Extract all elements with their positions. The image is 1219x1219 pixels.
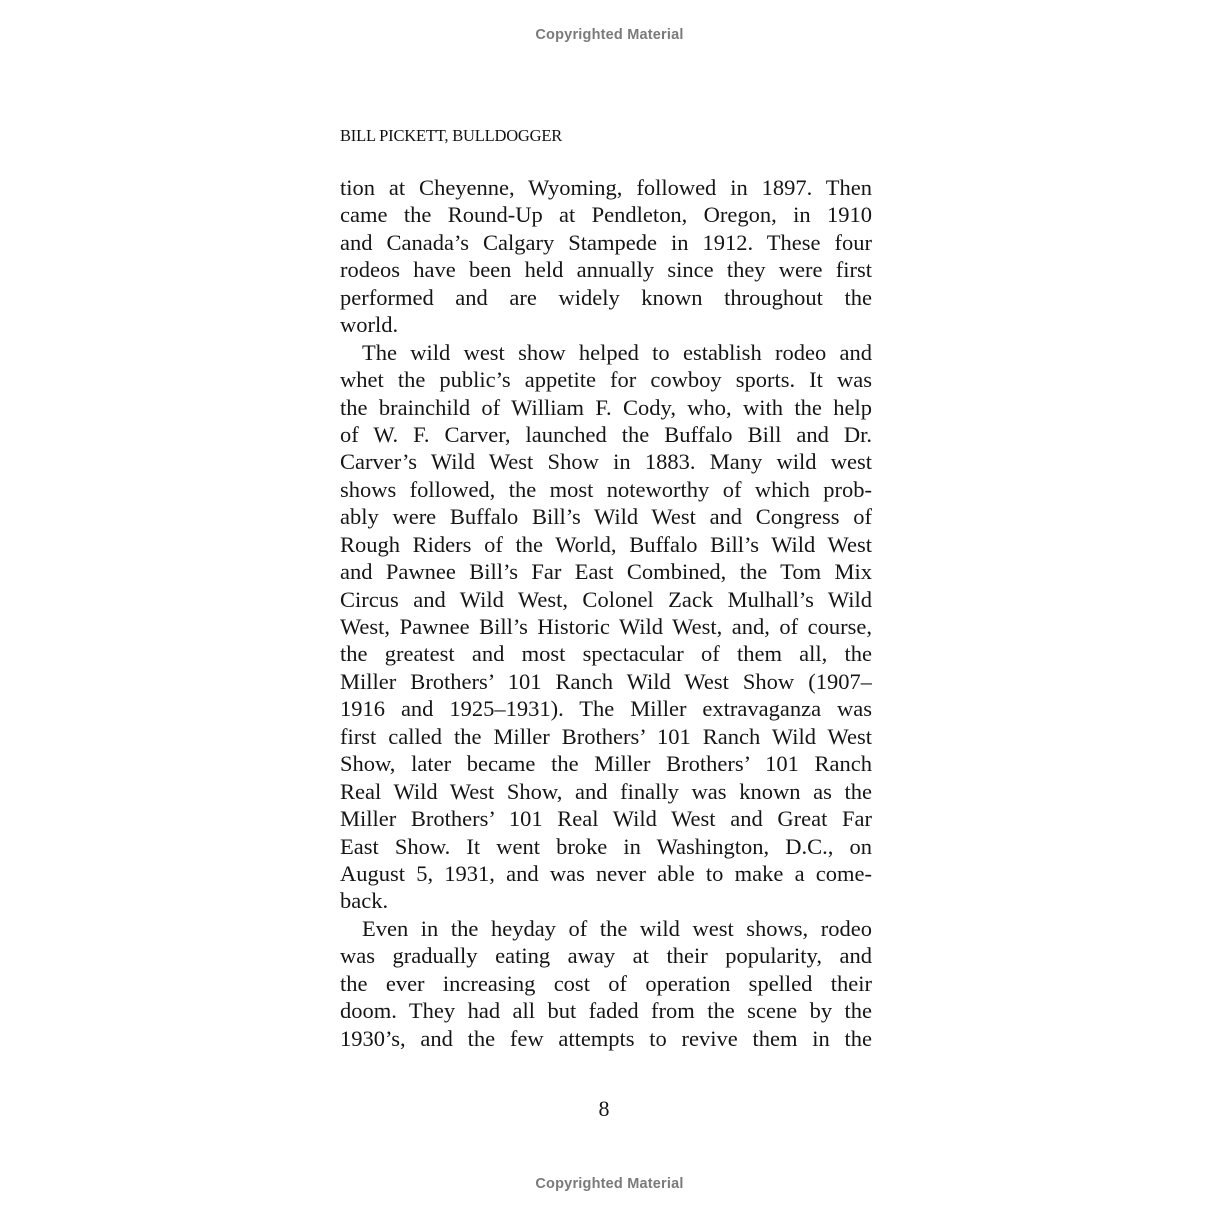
text-line: Even in the heyday of the wild west show… <box>340 915 872 942</box>
text-line: performed and are widely known throughou… <box>340 284 872 311</box>
text-line: first called the Miller Brothers’ 101 Ra… <box>340 723 872 750</box>
text-line: Miller Brothers’ 101 Ranch Wild West Sho… <box>340 668 872 695</box>
text-line: Show, later became the Miller Brothers’ … <box>340 750 872 777</box>
text-line: and Pawnee Bill’s Far East Combined, the… <box>340 558 872 585</box>
text-line: August 5, 1931, and was never able to ma… <box>340 860 872 887</box>
text-line: the brainchild of William F. Cody, who, … <box>340 394 872 421</box>
text-line: East Show. It went broke in Washington, … <box>340 833 872 860</box>
text-line: tion at Cheyenne, Wyoming, followed in 1… <box>340 174 872 201</box>
copyright-watermark-top: Copyrighted Material <box>0 27 1219 43</box>
paragraph-3: Even in the heyday of the wild west show… <box>340 915 872 1052</box>
text-line: and Canada’s Calgary Stampede in 1912. T… <box>340 229 872 256</box>
text-line: whet the public’s appetite for cowboy sp… <box>340 366 872 393</box>
body-text: tion at Cheyenne, Wyoming, followed in 1… <box>340 174 872 1052</box>
text-line: rodeos have been held annually since the… <box>340 256 872 283</box>
text-line: back. <box>340 887 872 914</box>
text-line: the greatest and most spectacular of the… <box>340 640 872 667</box>
text-line: Real Wild West Show, and finally was kno… <box>340 778 872 805</box>
text-line: world. <box>340 311 872 338</box>
text-line: the ever increasing cost of operation sp… <box>340 970 872 997</box>
text-line: Circus and Wild West, Colonel Zack Mulha… <box>340 586 872 613</box>
text-line: of W. F. Carver, launched the Buffalo Bi… <box>340 421 872 448</box>
paragraph-1: tion at Cheyenne, Wyoming, followed in 1… <box>340 174 872 339</box>
text-line: ably were Buffalo Bill’s Wild West and C… <box>340 503 872 530</box>
text-line: Miller Brothers’ 101 Real Wild West and … <box>340 805 872 832</box>
text-line: 1930’s, and the few attempts to revive t… <box>340 1025 872 1052</box>
text-line: shows followed, the most noteworthy of w… <box>340 476 872 503</box>
text-line: Carver’s Wild West Show in 1883. Many wi… <box>340 448 872 475</box>
text-line: The wild west show helped to establish r… <box>340 339 872 366</box>
text-line: came the Round-Up at Pendleton, Oregon, … <box>340 201 872 228</box>
text-line: doom. They had all but faded from the sc… <box>340 997 872 1024</box>
text-line: 1916 and 1925–1931). The Miller extravag… <box>340 695 872 722</box>
text-line: Rough Riders of the World, Buffalo Bill’… <box>340 531 872 558</box>
text-line: was gradually eating away at their popul… <box>340 942 872 969</box>
text-line: West, Pawnee Bill’s Historic Wild West, … <box>340 613 872 640</box>
paragraph-2: The wild west show helped to establish r… <box>340 339 872 915</box>
copyright-watermark-bottom: Copyrighted Material <box>0 1176 1219 1192</box>
running-head: BILL PICKETT, BULLDOGGER <box>340 126 562 146</box>
page-number: 8 <box>0 1096 1208 1122</box>
